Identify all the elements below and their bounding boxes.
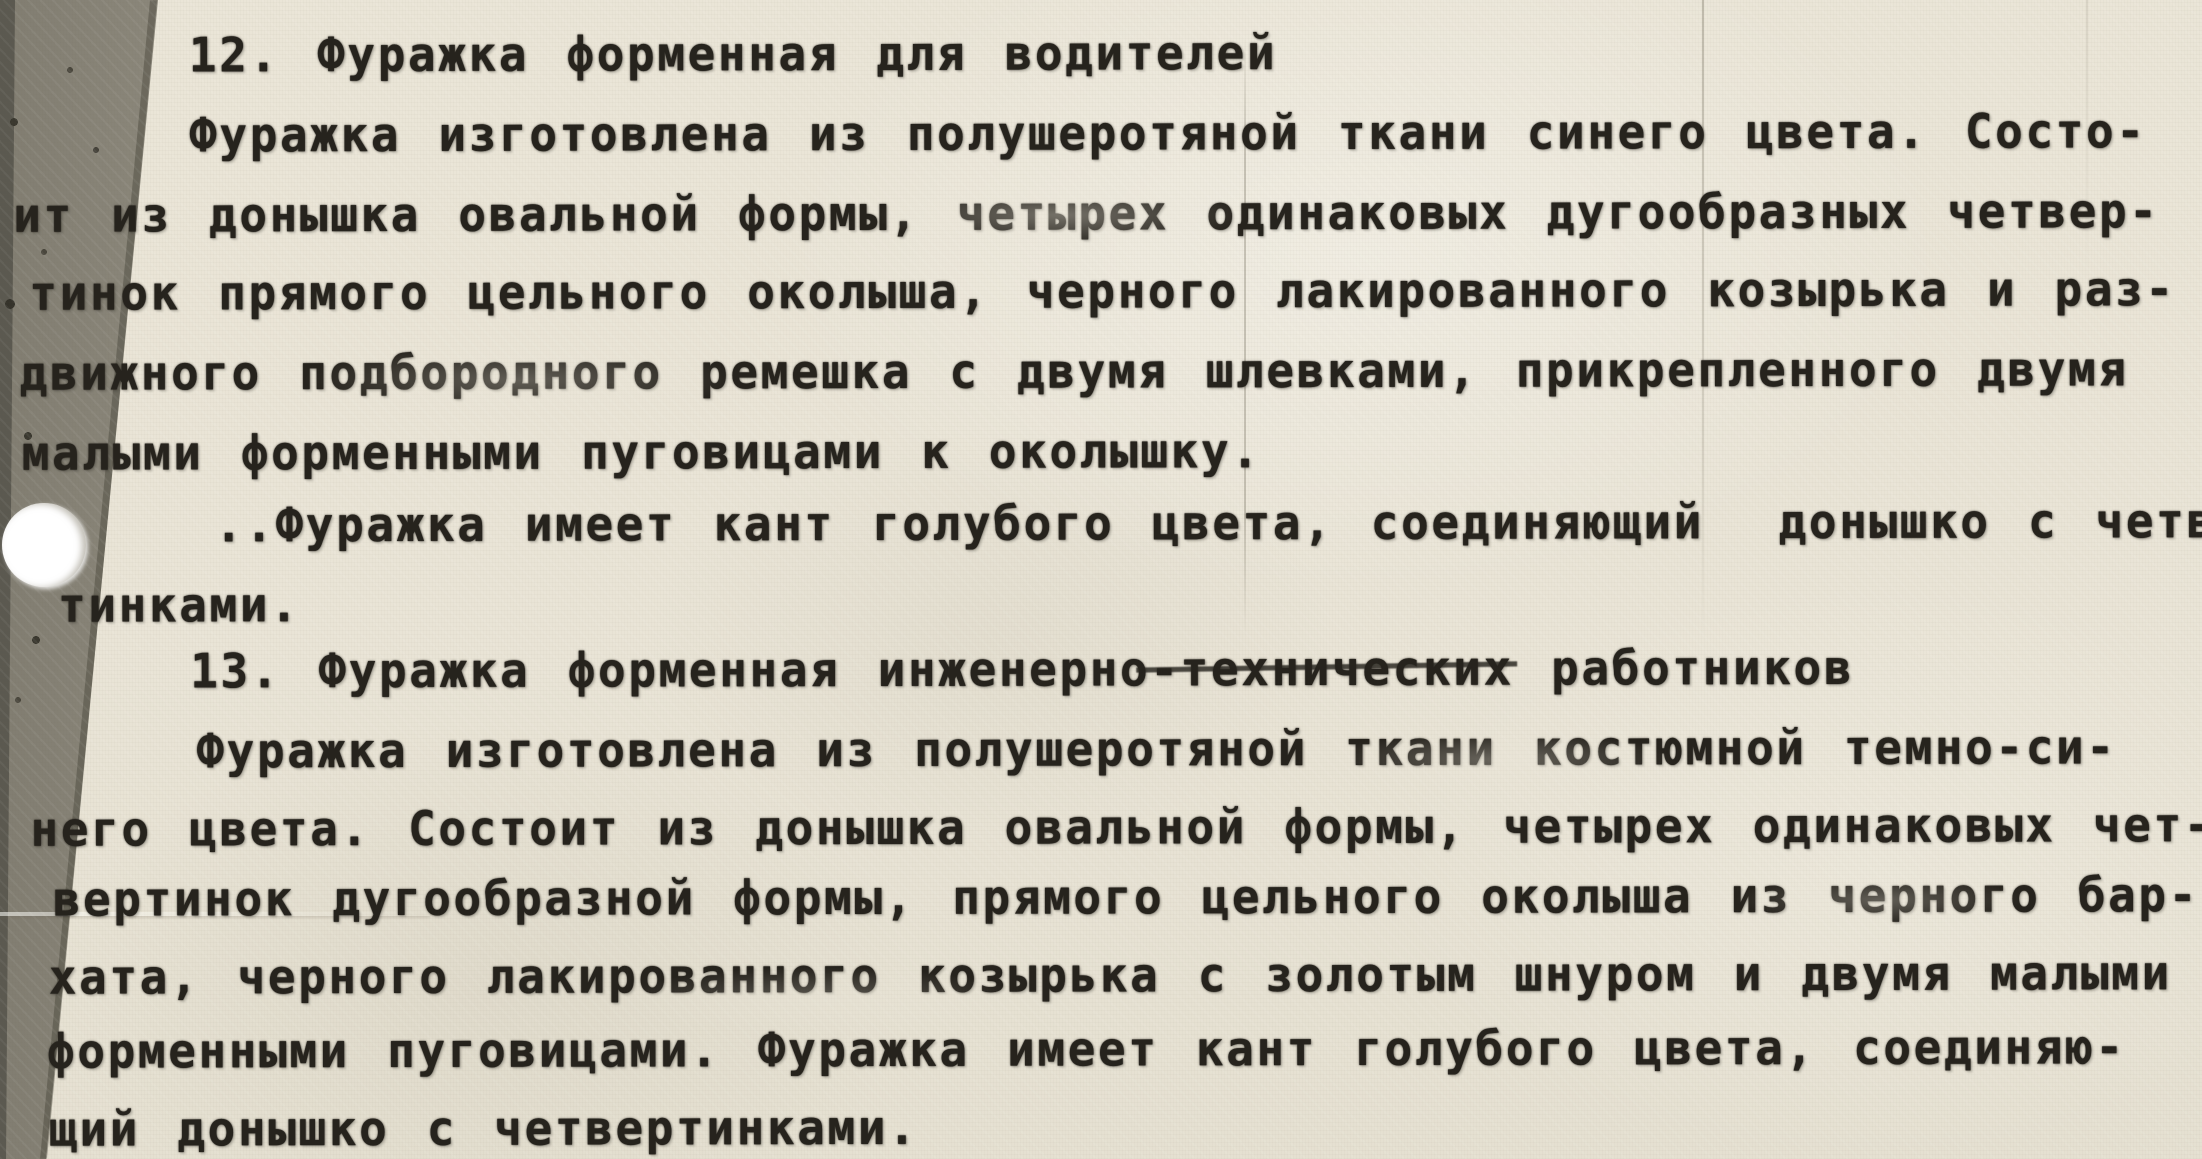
text-line: него цвета. Состоит из донышка овальной … xyxy=(30,797,2202,857)
text-line: вертинок дугообразной формы, прямого цел… xyxy=(53,867,2199,927)
text-line: малыми форменными пуговицами к околышку. xyxy=(22,423,1262,481)
text-line: Фуражка изготовлена из полушеротяной тка… xyxy=(189,103,2147,163)
scanned-page: 12. Фуражка форменная для водителей Фура… xyxy=(0,0,2202,1159)
text-line: ит из донышка овальной формы, четырех од… xyxy=(13,183,2159,243)
text-line: форменными пуговицами. Фуражка имеет кан… xyxy=(47,1019,2126,1079)
section-12-heading: 12. Фуражка форменная для водителей xyxy=(189,25,1277,83)
text-line: ..Фуражка имеет кант голубого цвета, сое… xyxy=(215,493,2202,553)
text-line: щий донышко с четвертинками. xyxy=(49,1100,918,1157)
heading-text: работников xyxy=(1514,640,1854,696)
text-line: тинками. xyxy=(58,577,300,633)
section-13-heading: 13. Фуражка форменная инженерно-техничес… xyxy=(190,640,1854,699)
text-line: Фуражка изготовлена из полушеротяной тка… xyxy=(196,719,2116,779)
text-line: движного подбородного ремешка с двумя шл… xyxy=(20,341,2129,401)
heading-struck-word: технических xyxy=(1181,640,1514,696)
document-text: 12. Фуражка форменная для водителей Фура… xyxy=(0,0,2202,1159)
text-line: тинок прямого цельного околыша, черного … xyxy=(29,261,2175,321)
text-line: хата, черного лакированного козырька с з… xyxy=(49,945,2172,1005)
heading-text: 13. Фуражка форменная инженерно- xyxy=(190,641,1181,699)
